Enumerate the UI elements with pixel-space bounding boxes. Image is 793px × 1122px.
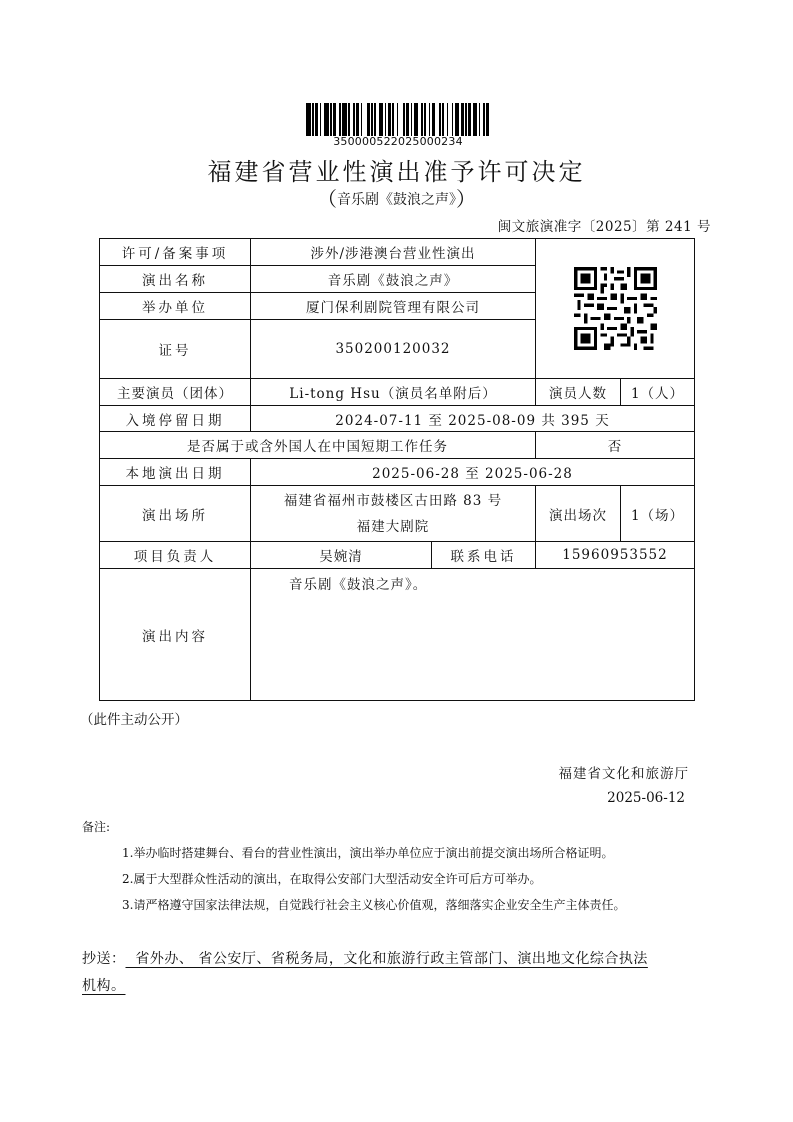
subtitle-open-paren: （ <box>317 187 337 211</box>
permit-table: 许可/备案事项 涉外/涉港澳台营业性演出 <box>99 238 695 701</box>
remark-item: 3.请严格遵守国家法律法规，自觉践行社会主义核心价值观，落细落实企业安全生产主体… <box>122 896 625 913</box>
show-name-label: 演出名称 <box>100 266 251 293</box>
table-row: 主要演员（团体） Li-tong Hsu（演员名单附后） 演员人数 1（人） <box>100 379 695 406</box>
remarks-label: 备注: <box>82 818 110 835</box>
page-title: 福建省营业性演出准予许可决定 <box>0 152 793 187</box>
local-dates-label: 本地演出日期 <box>100 459 251 486</box>
subtitle: （音乐剧《鼓浪之声》） <box>0 183 793 212</box>
organizer-value: 厦门保利剧院管理有限公司 <box>251 293 536 320</box>
document-number: 闽文旅演准字〔2025〕第 241 号 <box>498 215 711 235</box>
remark-item: 2.属于大型群众性活动的演出，在取得公安部门大型活动安全许可后方可举办。 <box>122 870 541 887</box>
manager-label: 项目负责人 <box>100 542 251 569</box>
performer-count-label: 演员人数 <box>536 379 621 406</box>
phone-value: 15960953552 <box>536 542 695 569</box>
performer-count-value: 1（人） <box>621 379 695 406</box>
qr-cell <box>536 239 695 379</box>
license-value: 350200120032 <box>251 320 536 379</box>
manager-value: 吴婉清 <box>251 542 432 569</box>
permit-item-label: 许可/备案事项 <box>100 239 251 266</box>
issue-date: 2025-06-12 <box>607 790 685 806</box>
cc-section: 抄送： 省外办、 省公安厅、省税务局，文化和旅游行政主管部门、演出地文化综合执法… <box>82 946 712 1000</box>
table-row: 入境停留日期 2024-07-11 至 2025-08-09 共 395 天 <box>100 406 695 432</box>
barcode-number: 350000522025000234 <box>306 135 490 148</box>
table-row: 演出内容 音乐剧《鼓浪之声》。 <box>100 569 695 701</box>
remark-item: 1.举办临时搭建舞台、看台的营业性演出，演出举办单位应于演出前提交演出场所合格证… <box>122 844 613 861</box>
barcode-bar <box>486 103 489 136</box>
table-row: 项目负责人 吴婉清 联系电话 15960953552 <box>100 542 695 569</box>
subtitle-close-paren: ） <box>456 187 476 211</box>
stay-label: 入境停留日期 <box>100 406 251 432</box>
license-label: 证号 <box>100 320 251 379</box>
table-row: 是否属于或含外国人在中国短期工作任务 否 <box>100 432 695 459</box>
permit-item-value: 涉外/涉港澳台营业性演出 <box>251 239 536 266</box>
cc-recipients-cont: 机构。 <box>82 978 126 994</box>
content-label: 演出内容 <box>100 569 251 701</box>
local-dates-value: 2025-06-28 至 2025-06-28 <box>251 459 695 486</box>
table-row: 演出场所 福建省福州市鼓楼区古田路 83 号 福建大剧院 演出场次 1（场） <box>100 486 695 542</box>
venue-name: 福建大剧院 <box>251 514 535 540</box>
table-row: 许可/备案事项 涉外/涉港澳台营业性演出 <box>100 239 695 266</box>
subtitle-text: 音乐剧《鼓浪之声》 <box>337 192 456 208</box>
venue-address: 福建省福州市鼓楼区古田路 83 号 <box>251 488 535 514</box>
venue-value: 福建省福州市鼓楼区古田路 83 号 福建大剧院 <box>251 486 536 542</box>
show-name-value: 音乐剧《鼓浪之声》 <box>251 266 536 293</box>
stay-value: 2024-07-11 至 2025-08-09 共 395 天 <box>251 406 695 432</box>
content-value: 音乐剧《鼓浪之声》。 <box>251 569 695 701</box>
phone-label: 联系电话 <box>432 542 536 569</box>
performers-value: Li-tong Hsu（演员名单附后） <box>251 379 536 406</box>
public-disclosure-note: （此件主动公开） <box>80 708 188 728</box>
organizer-label: 举办单位 <box>100 293 251 320</box>
venue-label: 演出场所 <box>100 486 251 542</box>
cc-label: 抄送： <box>82 951 126 967</box>
sessions-label: 演出场次 <box>536 486 621 542</box>
foreign-work-label: 是否属于或含外国人在中国短期工作任务 <box>100 432 536 459</box>
foreign-work-value: 否 <box>536 432 695 459</box>
sessions-value: 1（场） <box>621 486 695 542</box>
qr-code-icon <box>574 267 657 350</box>
issuer: 福建省文化和旅游厅 <box>559 762 690 782</box>
barcode <box>306 103 490 136</box>
cc-recipients: 省外办、 省公安厅、省税务局，文化和旅游行政主管部门、演出地文化综合执法 <box>126 951 648 967</box>
table-row: 本地演出日期 2025-06-28 至 2025-06-28 <box>100 459 695 486</box>
performers-label: 主要演员（团体） <box>100 379 251 406</box>
